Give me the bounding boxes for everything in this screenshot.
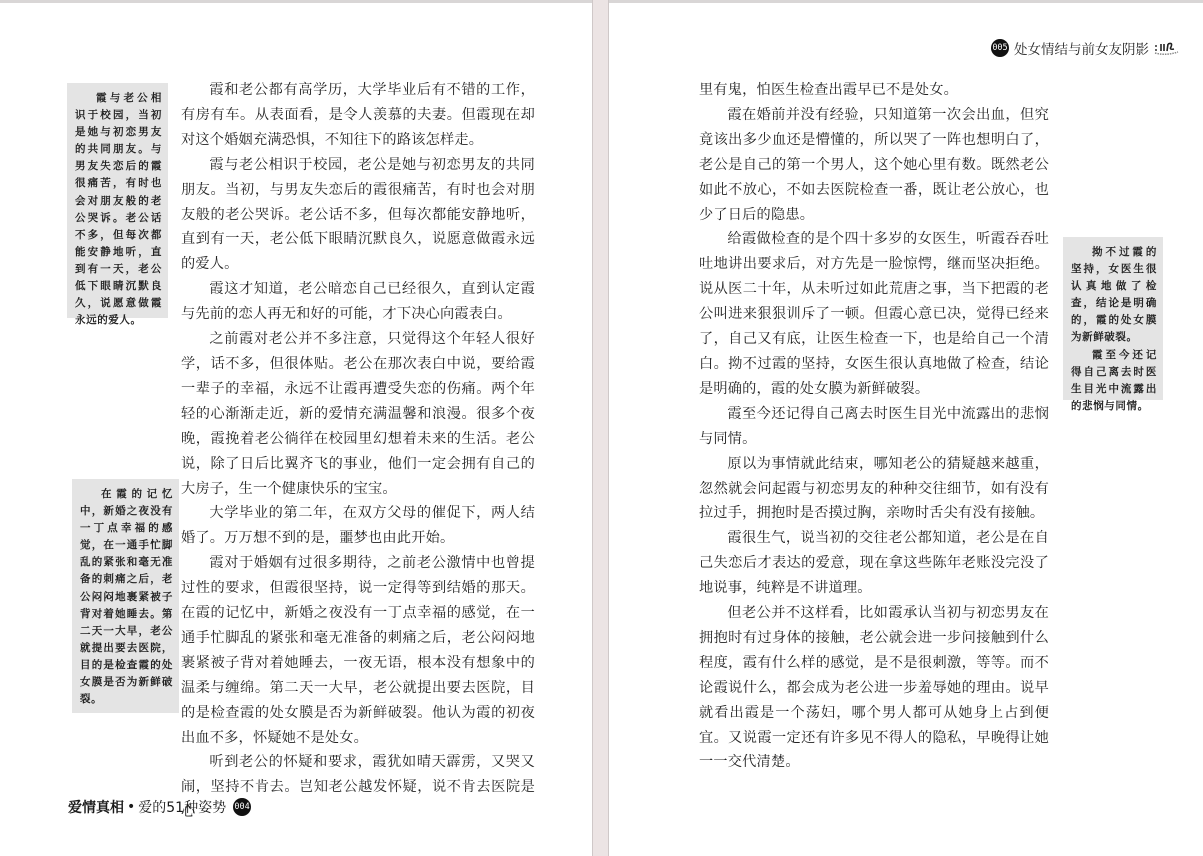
book-subtitle: 爱的51种姿势	[138, 797, 226, 817]
paragraph: 给霞做检查的是个四十多岁的女医生，听霞吞吞吐吐地讲出要求后，对方先是一脸惊愕，继…	[699, 227, 1049, 401]
sidebar-note-text: 在霞的记忆中，新婚之夜没有一丁点幸福的感觉，在一通手忙脚乱的紧张和毫无准备的刺痛…	[80, 486, 173, 708]
paragraph: 霞很生气，说当初的交往老公都知道，老公是在自己失恋后才表达的爱意，现在拿这些陈年…	[699, 526, 1049, 601]
page-footer: 爱情真相•爱的51种姿势 004	[68, 797, 251, 817]
paragraph: 但老公并不这样看，比如霞承认当初与初恋男友在拥抱时有过身体的接触，老公就会进一步…	[699, 601, 1049, 775]
paragraph: 霞和老公都有高学历，大学毕业后有不错的工作，有房有车。从表面看，是令人羡慕的夫妻…	[181, 78, 535, 153]
page-header: 005 处女情结与前女友阴影	[991, 38, 1180, 58]
paragraph: 霞与老公相识于校园，老公是她与初恋男友的共同朋友。当初，与男友失恋后的霞很痛苦，…	[181, 153, 535, 278]
sidebar-note-text: 霞与老公相识于校园，当初是她与初恋男友的共同朋友。与男友失恋后的霞很痛苦，有时也…	[75, 90, 162, 329]
chapter-title: 处女情结与前女友阴影	[1014, 38, 1149, 58]
sidebar-note-2: 在霞的记忆中，新婚之夜没有一丁点幸福的感觉，在一通手忙脚乱的紧张和毫无准备的刺痛…	[72, 479, 179, 713]
sidebar-note-3: 拗不过霞的坚持，女医生很认真地做了检查，结论是明确的，霞的处女膜为新鲜破裂。 霞…	[1063, 237, 1163, 400]
page-number-badge: 005	[991, 39, 1009, 57]
paragraph-continuation: 里有鬼，怕医生检查出霞早已不是处女。	[699, 78, 1049, 103]
book-gutter	[592, 0, 609, 856]
paragraph: 霞对于婚姻有过很多期待，之前老公激情中也曾提过性的要求，但霞很坚持，说一定得等到…	[181, 551, 535, 750]
title-separator: •	[127, 799, 135, 815]
left-page: 霞与老公相识于校园，当初是她与初恋男友的共同朋友。与男友失恋后的霞很痛苦，有时也…	[0, 3, 592, 856]
decorative-ornament-icon	[1154, 40, 1180, 56]
sidebar-note-text: 霞至今还记得自己离去时医生目光中流露出的悲悯与同情。	[1071, 347, 1157, 415]
right-body-text: 里有鬼，怕医生检查出霞早已不是处女。 霞在婚前并没有经验，只知道第一次会出血，但…	[699, 78, 1049, 775]
sidebar-note-1: 霞与老公相识于校园，当初是她与初恋男友的共同朋友。与男友失恋后的霞很痛苦，有时也…	[67, 83, 168, 318]
paragraph: 霞至今还记得自己离去时医生目光中流露出的悲悯与同情。	[699, 402, 1049, 452]
paragraph: 霞这才知道，老公暗恋自己已经很久，直到认定霞与先前的恋人再无和好的可能，才下决心…	[181, 277, 535, 327]
sidebar-note-text: 拗不过霞的坚持，女医生很认真地做了检查，结论是明确的，霞的处女膜为新鲜破裂。	[1071, 244, 1157, 347]
page-number-badge: 004	[233, 798, 251, 816]
paragraph: 之前霞对老公并不多注意，只觉得这个年轻人很好学，话不多，但很体贴。老公在那次表白…	[181, 327, 535, 501]
paragraph: 霞在婚前并没有经验，只知道第一次会出血，但究竟该出多少血还是懵懂的，所以哭了一阵…	[699, 103, 1049, 228]
book-title: 爱情真相	[68, 797, 124, 817]
paragraph: 大学毕业的第二年，在双方父母的催促下，两人结婚了。万万想不到的是，噩梦也由此开始…	[181, 501, 535, 551]
paragraph: 原以为事情就此结束，哪知老公的猜疑越来越重，忽然就会问起霞与初恋男友的种种交往细…	[699, 452, 1049, 527]
left-body-text: 霞和老公都有高学历，大学毕业后有不错的工作，有房有车。从表面看，是令人羡慕的夫妻…	[181, 78, 535, 825]
